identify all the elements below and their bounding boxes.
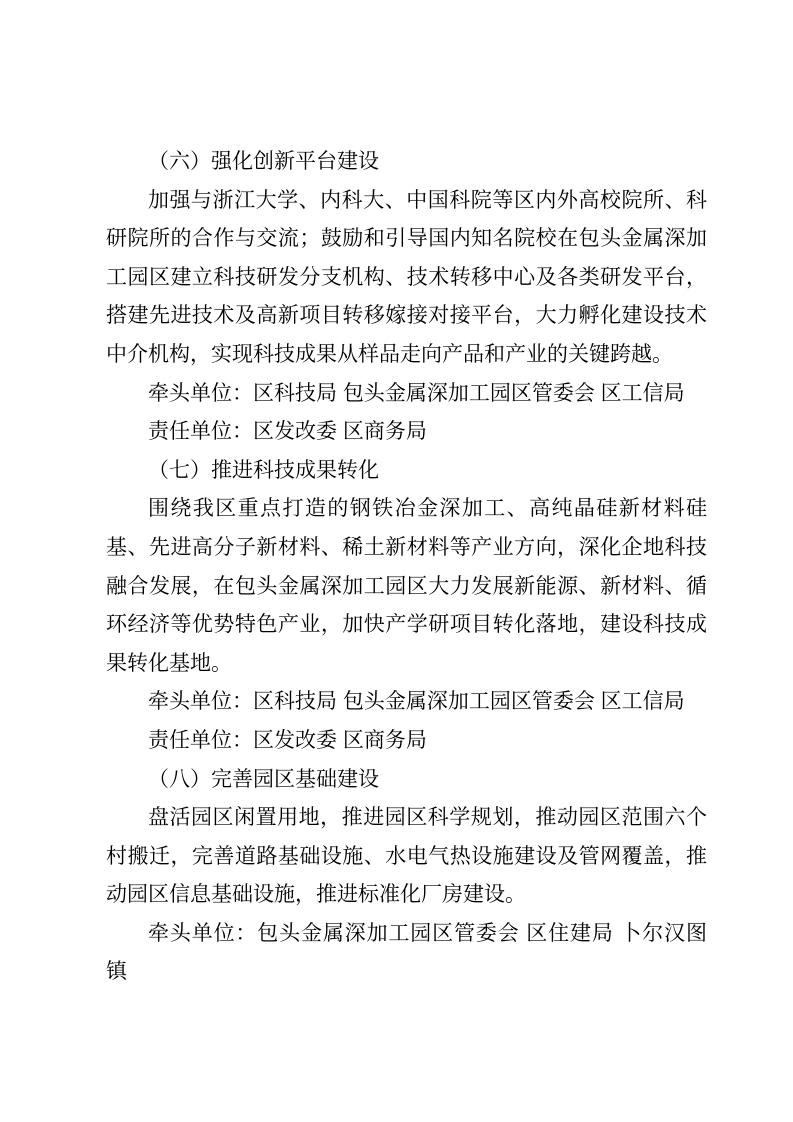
text-line: （八）完善园区基础建设 — [106, 761, 707, 800]
document-body: （六）强化创新平台建设加强与浙江大学、内科大、中国科院等区内外高校院所、科研院所… — [106, 143, 707, 992]
text-line: 责任单位：区发改委 区商务局 — [106, 722, 707, 761]
text-line: 果转化基地。 — [106, 645, 707, 684]
text-line: 镇 — [106, 953, 707, 992]
text-line: （七）推进科技成果转化 — [106, 452, 707, 491]
section-7-body-paragraph: 围绕我区重点打造的钢铁冶金深加工、高纯晶硅新材料硅基、先进高分子新材料、稀土新材… — [106, 490, 707, 683]
text-line: 搭建先进技术及高新项目转移嫁接对接平台，大力孵化建设技术 — [106, 297, 707, 336]
text-line: 中介机构，实现科技成果从样品走向产品和产业的关键跨越。 — [106, 336, 707, 375]
text-line: 围绕我区重点打造的钢铁冶金深加工、高纯晶硅新材料硅 — [106, 490, 707, 529]
section-7-heading-paragraph: （七）推进科技成果转化 — [106, 452, 707, 491]
section-6-duty-units-paragraph: 责任单位：区发改委 区商务局 — [106, 413, 707, 452]
text-line: 动园区信息基础设施，推进标准化厂房建设。 — [106, 876, 707, 915]
section-6-heading-paragraph: （六）强化创新平台建设 — [106, 143, 707, 182]
document-page: （六）强化创新平台建设加强与浙江大学、内科大、中国科院等区内外高校院所、科研院所… — [0, 0, 793, 1122]
text-line: 加强与浙江大学、内科大、中国科院等区内外高校院所、科 — [106, 182, 707, 221]
text-line: 牵头单位：包头金属深加工园区管委会 区住建局 卜尔汉图 — [106, 915, 707, 954]
text-line: 村搬迁，完善道路基础设施、水电气热设施建设及管网覆盖，推 — [106, 838, 707, 877]
section-6-body-paragraph: 加强与浙江大学、内科大、中国科院等区内外高校院所、科研院所的合作与交流；鼓励和引… — [106, 182, 707, 375]
section-6-lead-units-paragraph: 牵头单位：区科技局 包头金属深加工园区管委会 区工信局 — [106, 375, 707, 414]
section-8-lead-units-paragraph: 牵头单位：包头金属深加工园区管委会 区住建局 卜尔汉图镇 — [106, 915, 707, 992]
text-line: 基、先进高分子新材料、稀土新材料等产业方向，深化企地科技 — [106, 529, 707, 568]
text-line: 盘活园区闲置用地，推进园区科学规划，推动园区范围六个 — [106, 799, 707, 838]
text-line: 牵头单位：区科技局 包头金属深加工园区管委会 区工信局 — [106, 375, 707, 414]
text-line: 研院所的合作与交流；鼓励和引导国内知名院校在包头金属深加 — [106, 220, 707, 259]
text-line: 融合发展，在包头金属深加工园区大力发展新能源、新材料、循 — [106, 568, 707, 607]
section-7-duty-units-paragraph: 责任单位：区发改委 区商务局 — [106, 722, 707, 761]
section-7-lead-units-paragraph: 牵头单位：区科技局 包头金属深加工园区管委会 区工信局 — [106, 683, 707, 722]
text-line: 环经济等优势特色产业，加快产学研项目转化落地，建设科技成 — [106, 606, 707, 645]
section-8-body-paragraph: 盘活园区闲置用地，推进园区科学规划，推动园区范围六个村搬迁，完善道路基础设施、水… — [106, 799, 707, 915]
text-line: 责任单位：区发改委 区商务局 — [106, 413, 707, 452]
text-line: 工园区建立科技研发分支机构、技术转移中心及各类研发平台， — [106, 259, 707, 298]
text-line: 牵头单位：区科技局 包头金属深加工园区管委会 区工信局 — [106, 683, 707, 722]
section-8-heading-paragraph: （八）完善园区基础建设 — [106, 761, 707, 800]
text-line: （六）强化创新平台建设 — [106, 143, 707, 182]
